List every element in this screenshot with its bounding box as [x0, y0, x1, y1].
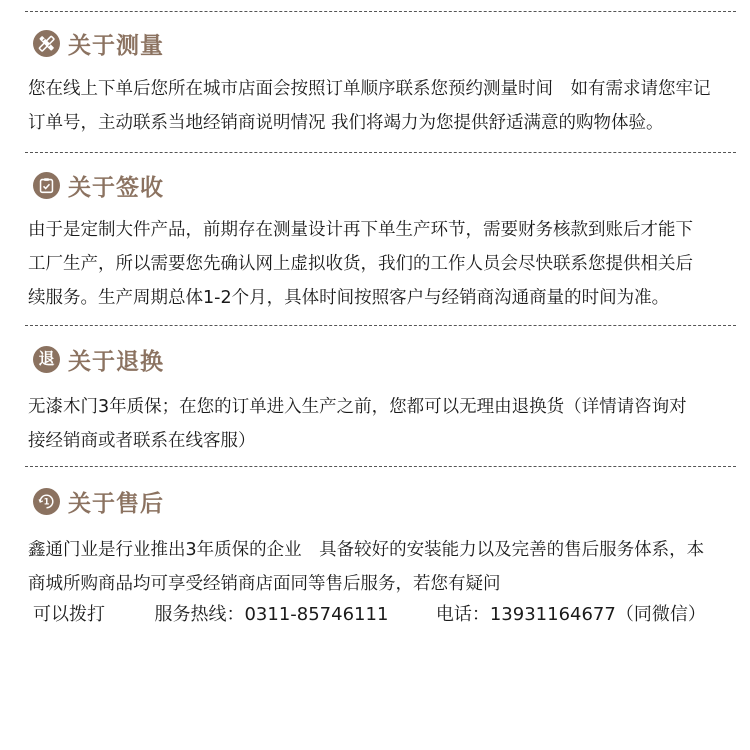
contact-info: 可以拨打 服务热线：0311-85746111 电话：13931164677（同… — [33, 600, 706, 630]
paragraph-line: 您在线上下单后您所在城市店面会按照订单顺序联系您预约测量时间 如有需求请您牢记 — [28, 72, 738, 106]
section-aftersales-heading: 1 关于售后 — [33, 486, 164, 516]
divider-2 — [25, 325, 736, 326]
hotline-number[interactable]: 0311-85746111 — [244, 600, 388, 630]
paragraph-line: 由于是定制大件产品，前期存在测量设计再下单生产环节，需要财务核款到账后才能下 — [28, 213, 738, 247]
divider-top — [25, 11, 736, 12]
after-sales-clock-icon: 1 — [33, 488, 60, 515]
section-returns-body: 无漆木门3年质保；在您的订单进入生产之前，您都可以无理由退换货（详情请咨询对 接… — [28, 390, 738, 458]
section-measurement-heading: 关于测量 — [33, 28, 164, 58]
paragraph-line: 商城所购商品均可享受经销商店面同等售后服务，若您有疑问 — [28, 567, 738, 601]
return-glyph: 退 — [38, 351, 54, 367]
hotline-label: 服务热线： — [154, 600, 244, 630]
paragraph-line: 接经销商或者联系在线客服） — [28, 424, 738, 458]
section-measurement-body: 您在线上下单后您所在城市店面会按照订单顺序联系您预约测量时间 如有需求请您牢记 … — [28, 72, 738, 140]
section-title: 关于测量 — [68, 27, 164, 60]
paragraph-line: 续服务。生产周期总体1-2个月，具体时间按照客户与经销商沟通商量的时间为准。 — [28, 281, 738, 315]
paragraph-line: 订单号，主动联系当地经销商说明情况 我们将竭力为您提供舒适满意的购物体验。 — [28, 106, 738, 140]
section-signing-body: 由于是定制大件产品，前期存在测量设计再下单生产环节，需要财务核款到账后才能下 工… — [28, 213, 738, 315]
phone-note: （同微信） — [616, 600, 706, 630]
section-returns-heading: 退 关于退换 — [33, 344, 164, 374]
paragraph-line: 无漆木门3年质保；在您的订单进入生产之前，您都可以无理由退换货（详情请咨询对 — [28, 390, 738, 424]
phone-number[interactable]: 13931164677 — [490, 600, 616, 630]
contact-prefix: 可以拨打 — [33, 600, 105, 630]
section-title: 关于售后 — [68, 485, 164, 518]
section-title: 关于退换 — [68, 343, 164, 376]
clipboard-check-icon — [33, 172, 60, 199]
divider-3 — [25, 466, 736, 467]
section-title: 关于签收 — [68, 169, 164, 202]
phone-label: 电话： — [436, 600, 490, 630]
paragraph-line: 工厂生产，所以需要您先确认网上虚拟收货，我们的工作人员会尽快联系您提供相关后 — [28, 247, 738, 281]
divider-1 — [25, 152, 736, 153]
ruler-pencil-icon — [33, 30, 60, 57]
section-signing-heading: 关于签收 — [33, 170, 164, 200]
paragraph-line: 鑫通门业是行业推出3年质保的企业 具备较好的安装能力以及完善的售后服务体系，本 — [28, 533, 738, 567]
svg-text:1: 1 — [44, 496, 50, 506]
section-aftersales-body: 鑫通门业是行业推出3年质保的企业 具备较好的安装能力以及完善的售后服务体系，本 … — [28, 533, 738, 601]
return-tui-icon: 退 — [33, 346, 60, 373]
